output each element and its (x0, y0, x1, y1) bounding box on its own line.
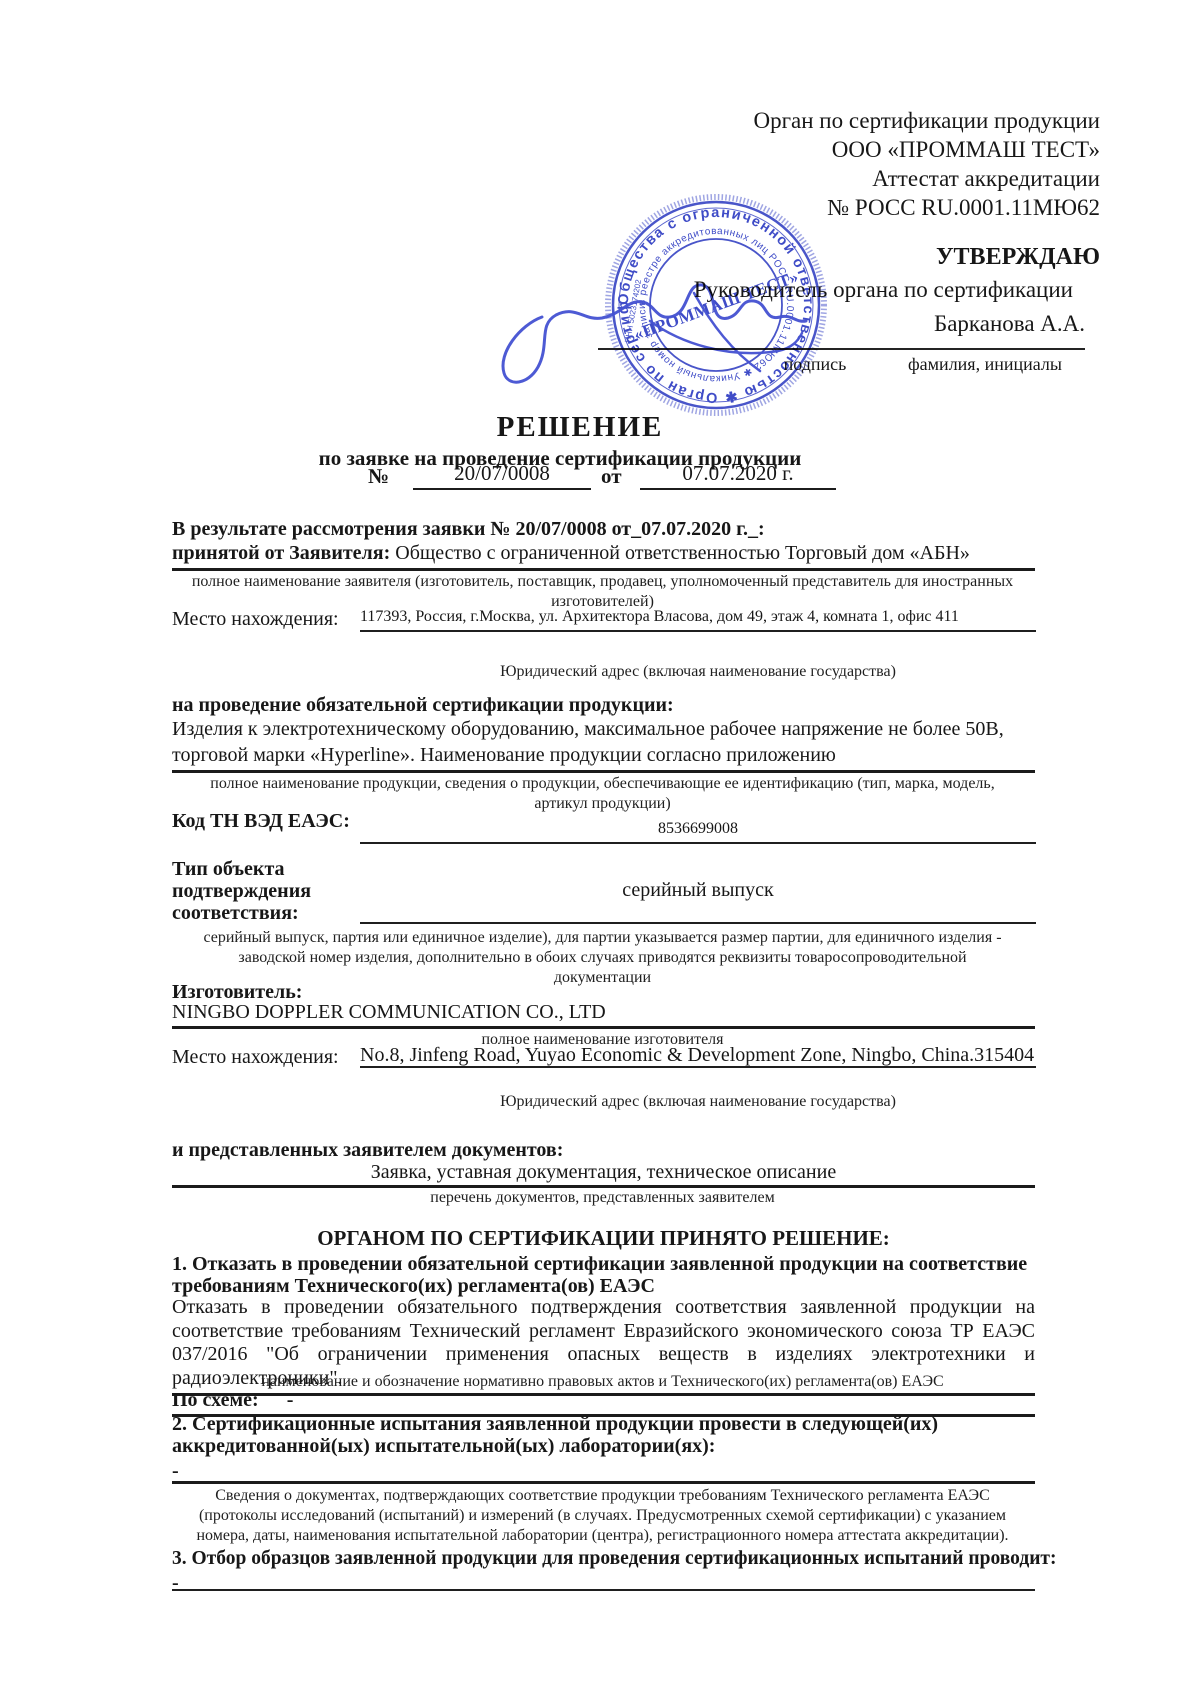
decision-heading: ОРГАНОМ ПО СЕРТИФИКАЦИИ ПРИНЯТО РЕШЕНИЕ: (172, 1226, 1035, 1251)
scheme-value: - (287, 1389, 294, 1411)
application-number: 20/07/0008 (413, 461, 591, 490)
documents-caption: перечень документов, представленных заяв… (190, 1188, 1015, 1208)
product-caption: полное наименование продукции, сведения … (190, 774, 1015, 814)
org-line-1: Орган по сертификации продукции (754, 106, 1101, 135)
decision-item2-caption: Сведения о документах, подтверждающих со… (190, 1486, 1015, 1546)
certification-heading: на проведение обязательной сертификации … (172, 694, 1035, 717)
applicant-value: Общество с ограниченной ответственностью… (390, 542, 970, 564)
object-type-value: серийный выпуск (360, 858, 1036, 924)
manufacturer-legal-address-caption: Юридический адрес (включая наименование … (360, 1092, 1036, 1112)
application-number-label: № (368, 464, 389, 489)
scanned-certification-decision-page: Орган по сертификации продукции ООО «ПРО… (0, 0, 1200, 1697)
manufacturer-location-value: No.8, Jinfeng Road, Yuyao Economic & Dev… (360, 1044, 1036, 1068)
name-caption: фамилия, инициалы (885, 354, 1085, 375)
approver-name: Барканова А.А. (934, 311, 1085, 337)
object-type-label: Тип объекта подтверждения соответствия: (172, 858, 367, 924)
applicant-row: принятой от Заявителя: Общество с ограни… (172, 542, 1035, 571)
applicant-label: принятой от Заявителя: (172, 542, 390, 564)
documents-heading: и представленных заявителем документов: (172, 1139, 1035, 1162)
approve-label: УТВЕРЖДАЮ (936, 244, 1100, 271)
decision-item2-title: 2. Сертификационные испытания заявленной… (172, 1413, 1035, 1457)
documents-value: Заявка, уставная документация, техническ… (172, 1161, 1035, 1188)
tnved-code-value: 8536699008 (360, 820, 1036, 844)
tnved-code-label: Код ТН ВЭД ЕАЭС: (172, 810, 350, 833)
manufacturer-location-label: Место нахождения: (172, 1046, 339, 1069)
decision-item2-value: - (172, 1460, 179, 1483)
document-title: РЕШЕНИЕ (150, 411, 1010, 444)
product-description: Изделия к электротехническому оборудован… (172, 716, 1035, 773)
object-type-caption: серийный выпуск, партия или единичное из… (190, 928, 1015, 988)
location-value: 117393, Россия, г.Москва, ул. Архитектор… (360, 604, 1036, 632)
round-stamp: Общества с ограниченной ответственностью… (480, 175, 840, 435)
item2-underline (172, 1481, 1035, 1484)
intro-line: В результате рассмотрения заявки № 20/07… (172, 518, 1035, 541)
manufacturer-name: NINGBO DOPPLER COMMUNICATION CO., LTD (172, 1001, 1035, 1029)
decision-item3-value: - (172, 1572, 179, 1595)
legal-address-caption: Юридический адрес (включая наименование … (360, 662, 1036, 682)
date-from-label: от (601, 464, 622, 489)
decision-item3-title: 3. Отбор образцов заявленной продукции д… (172, 1548, 1035, 1570)
location-label: Место нахождения: (172, 608, 339, 631)
scheme-label: По схеме: (172, 1389, 259, 1411)
item3-underline (172, 1589, 1035, 1591)
application-date: 07.07.2020 г. (640, 461, 836, 490)
org-line-2: ООО «ПРОММАШ ТЕСТ» (754, 135, 1101, 164)
decision-item1-title: 1. Отказать в проведении обязательной се… (172, 1253, 1035, 1297)
